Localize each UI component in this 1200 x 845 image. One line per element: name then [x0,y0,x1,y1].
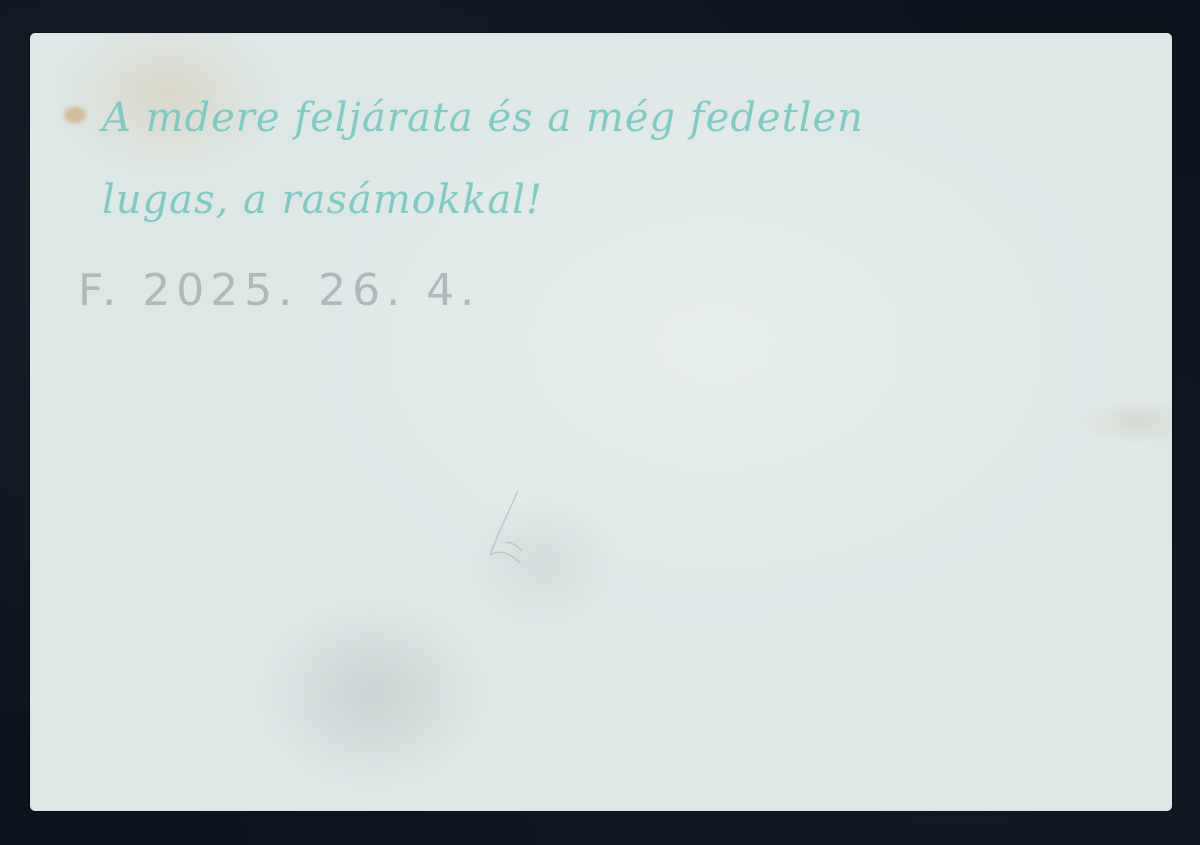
faint-pencil-mark [470,483,550,573]
photo-card-back: A mdere feljárata és a még fedetlen luga… [30,33,1172,811]
inventory-number: F. 2025. 26. 4. [78,265,480,316]
handwritten-caption-line-2: lugas, a rasámokkal! [102,177,543,223]
handwritten-caption-line-1: A mdere feljárata és a még fedetlen [102,95,864,141]
age-stain [64,107,86,123]
